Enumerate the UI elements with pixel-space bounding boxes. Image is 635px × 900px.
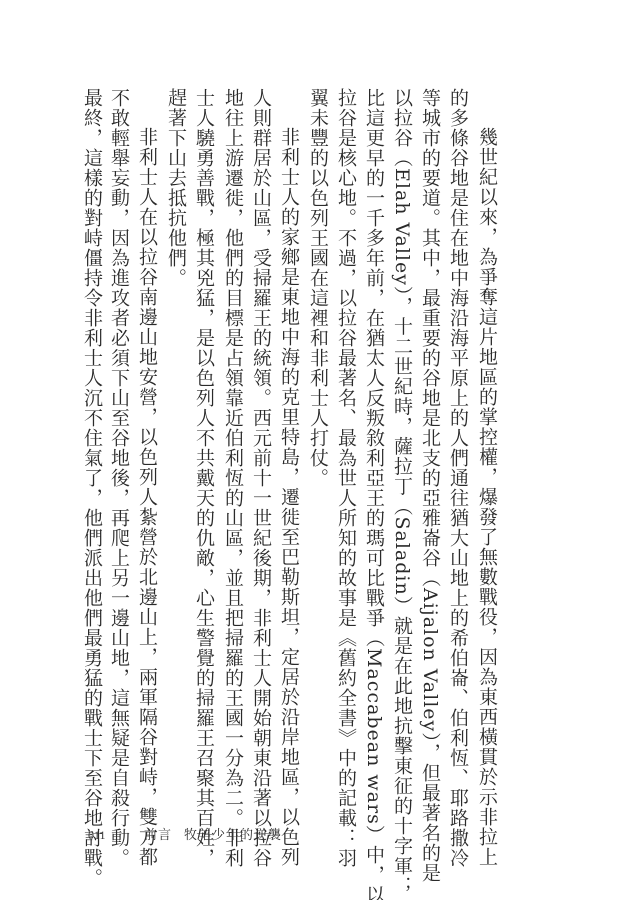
book-page: 幾世紀以來，為爭奪這片地區的掌控權，爆發了無數戰役，因為東西橫貫於示非拉上 的多… — [0, 0, 635, 900]
text-column: 等城市的要道。其中，最重要的谷地是北支的亞雅崙谷（Aijalon Valley）… — [419, 88, 441, 883]
page-number: 011 — [88, 828, 144, 843]
text-column: 士人驍勇善戰，極其兇猛，是以色列人不共戴天的仇敵，心生警覺的掃羅王召聚其百姓， — [193, 88, 215, 868]
text-column: 非利士人的家鄉是東地中海的克里特島，遷徙至巴勒斯坦，定居於沿岸地區，以色列 — [278, 127, 300, 867]
chapter-title: 牧羊少年的逆襲 — [184, 828, 282, 843]
text-column: 最終，這樣的對峙僵持令非利士人沉不住氣了，他們派出他們最勇猛的戰士下至谷地討戰。 — [81, 88, 103, 888]
text-column: 翼未豐的以色列王國在這裡和非利士人打仗。 — [307, 88, 329, 488]
text-column: 幾世紀以來，為爭奪這片地區的掌控權，爆發了無數戰役，因為東西橫貫於示非拉上 — [476, 127, 498, 867]
text-column: 趕著下山去抵抗他們。 — [165, 88, 187, 288]
page-footer: 011前言牧羊少年的逆襲 — [88, 824, 282, 843]
section-label: 前言 — [144, 828, 172, 843]
text-column: 以拉谷（Elah Valley），十二世紀時，薩拉丁（Saladin）就是在此地… — [391, 88, 413, 896]
text-column: 人則群居於山區，受掃羅王的統領。西元前十一世紀後期，非利士人開始朝東沿著以拉谷 — [250, 88, 272, 868]
text-column: 非利士人在以拉谷南邊山地安營，以色列人紮營於北邊山上，兩軍隔谷對峙，雙方都 — [136, 127, 158, 867]
text-column: 地往上游遷徙，他們的目標是占領靠近伯利恆的山區，並且把掃羅的王國一分為二。非利 — [222, 88, 244, 868]
text-column: 拉谷是核心地。不過，以拉谷最著名、最為世人所知的故事是《舊約全書》中的記載：羽 — [335, 88, 357, 868]
text-column: 不敢輕舉妄動，因為進攻者必須下山至谷地後，再爬上另一邊山地，這無疑是自殺行動。 — [108, 88, 130, 868]
text-column: 比這更早的一千多年前，在猶太人反叛敘利亞王的瑪可比戰爭（Maccabean wa… — [363, 88, 385, 900]
text-column: 的多條谷地是住在地中海沿海平原上的人們通往猶大山地上的希伯崙、伯利恆、耶路撒冷 — [447, 88, 469, 868]
